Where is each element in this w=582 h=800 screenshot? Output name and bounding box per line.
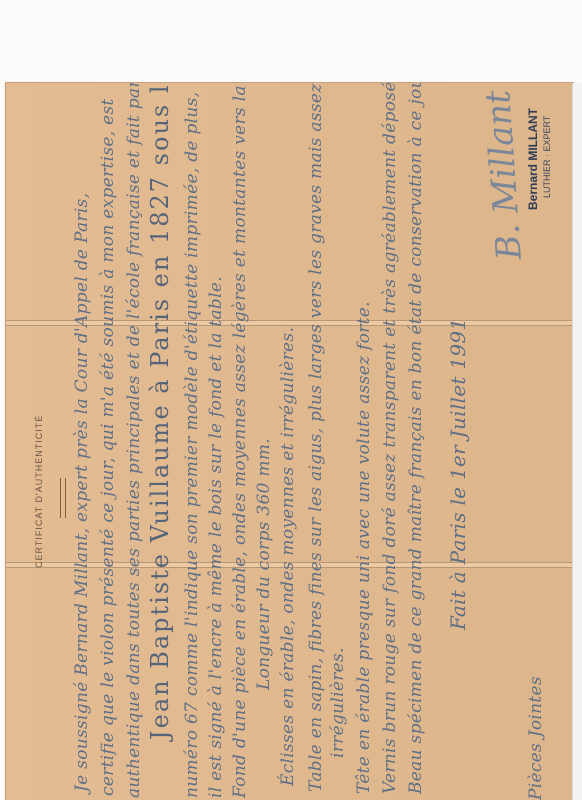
letterhead-title: LUTHIER · EXPERT [542, 116, 552, 198]
closing-date: Fait à Paris le 1er Juillet 1991 [446, 318, 470, 630]
body-line-11: irrégulières. [328, 647, 348, 758]
body-line-14: Beau spécimen de ce grand maître françai… [406, 83, 426, 794]
header-rule [60, 478, 66, 518]
body-line-12: Tête en érable presque uni avec une volu… [354, 301, 374, 794]
certificate-header: CERTIFICAT D'AUTHENTICITÉ [34, 415, 44, 568]
attachments-note: Pièces Jointes [526, 676, 546, 800]
body-line-9: Éclisses en érable, ondes moyennes et ir… [278, 327, 298, 786]
page-edge [572, 83, 582, 800]
body-line-6: il est signé à l'encre à même le bois su… [206, 276, 226, 798]
certificate-page: CERTIFICAT D'AUTHENTICITÉ Bernard MILLAN… [6, 83, 573, 800]
body-line-2: certifie que le violon présenté ce jour,… [98, 98, 118, 796]
body-line-7: Fond d'une pièce en érable, ondes moyenn… [230, 83, 250, 798]
signature: B. Millant [478, 89, 530, 261]
body-line-1: Je soussigné Bernard Millant, expert prè… [72, 193, 92, 792]
body-line-4: Jean Baptiste Vuillaume à Paris en 1827 … [146, 83, 174, 740]
body-line-13: Vernis brun rouge sur fond doré assez tr… [380, 83, 400, 794]
body-line-5: numéro 67 comme l'indique son premier mo… [182, 92, 202, 798]
rotated-content: CERTIFICAT D'AUTHENTICITÉ Bernard MILLAN… [6, 83, 573, 800]
body-line-3: authentique dans toutes ses parties prin… [124, 83, 144, 798]
body-line-8: Longueur du corps 360 mm. [254, 438, 274, 690]
letterhead-name: Bernard MILLANT [526, 108, 540, 210]
body-line-10: Table en sapin, fibres fines sur les aig… [306, 83, 326, 792]
